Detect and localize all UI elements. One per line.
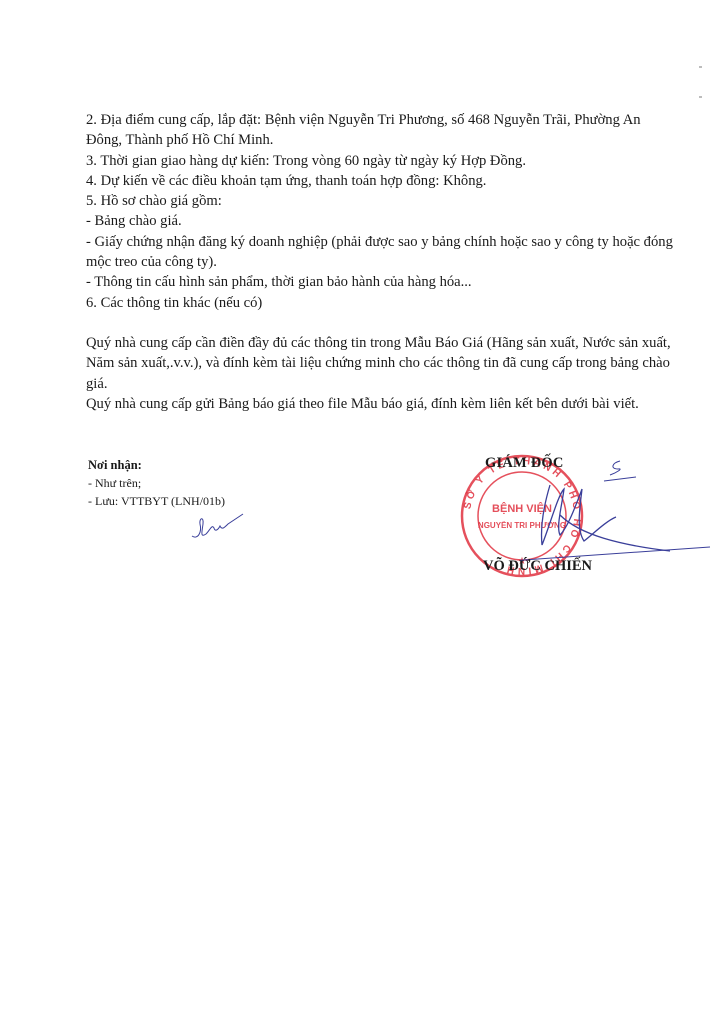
initial-signature-icon: [188, 512, 248, 542]
item-6-other-info: 6. Các thông tin khác (nếu có): [86, 293, 676, 313]
note-send-quotation: Quý nhà cung cấp gửi Bảng báo giá theo f…: [86, 394, 676, 414]
signer-name: VÕ ĐỨC CHIẾN: [483, 558, 592, 575]
note-fill-template: Quý nhà cung cấp cần điền đầy đủ các thô…: [86, 333, 676, 394]
item-2-location: 2. Địa điểm cung cấp, lắp đặt: Bệnh viện…: [86, 110, 676, 151]
recipients-block: Nơi nhận: - Như trên; - Lưu: VTTBYT (LNH…: [88, 456, 225, 510]
document-page: 2. Địa điểm cung cấp, lắp đặt: Bệnh viện…: [0, 0, 724, 1024]
item-5-business-certificate: - Giấy chứng nhận đăng ký doanh nghiệp (…: [86, 232, 676, 273]
recipient-item: - Như trên;: [88, 474, 225, 492]
recipient-item: - Lưu: VTTBYT (LNH/01b): [88, 492, 225, 510]
director-signature-icon: [520, 455, 720, 565]
scan-mark: [699, 66, 702, 68]
scan-mark: [699, 96, 702, 98]
item-4-payment-terms: 4. Dự kiến về các điều khoản tạm ứng, th…: [86, 171, 676, 191]
item-3-delivery-time: 3. Thời gian giao hàng dự kiến: Trong vò…: [86, 151, 676, 171]
item-5-quotation: - Bảng chào giá.: [86, 211, 676, 231]
item-5-documents-heading: 5. Hồ sơ chào giá gồm:: [86, 191, 676, 211]
recipients-heading: Nơi nhận:: [88, 456, 225, 474]
document-body: 2. Địa điểm cung cấp, lắp đặt: Bệnh viện…: [86, 110, 676, 414]
item-5-product-config: - Thông tin cấu hình sản phẩm, thời gian…: [86, 272, 676, 292]
